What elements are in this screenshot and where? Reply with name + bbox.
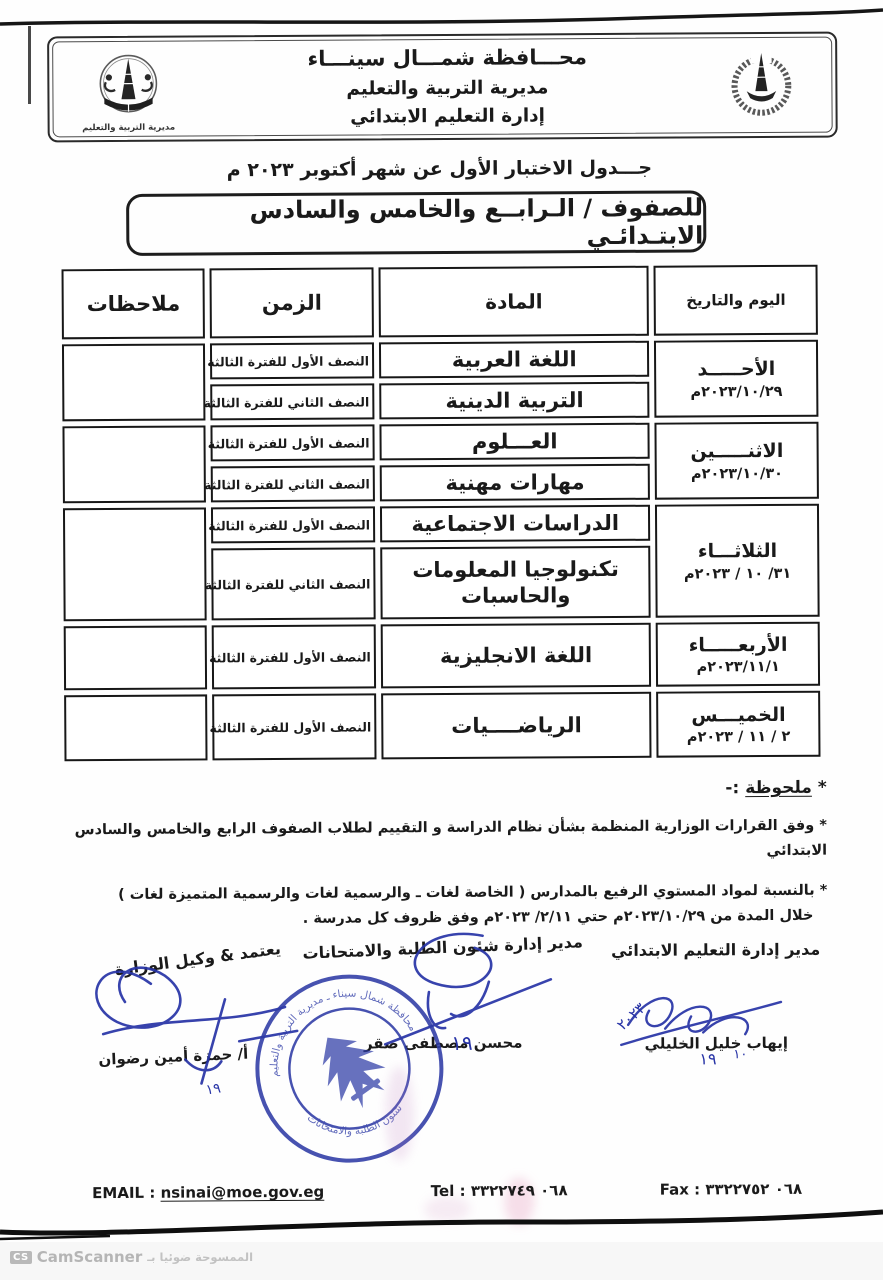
- time-cell: النصف الأول للفترة الثالثة: [211, 424, 375, 461]
- note-marker: *: [818, 778, 827, 798]
- tel-label: Tel :: [431, 1182, 466, 1200]
- subject-cell: تكنولوجيا المعلومات والحاسبات: [380, 546, 651, 620]
- scanned-document: مديرية التربية والتعليم محـــافظة شمـــا…: [0, 0, 883, 1280]
- signatory-name-right: إيهاب خليل الخليلي: [606, 1034, 826, 1053]
- contact-footer: EMAIL : nsinai@moe.gov.eg Tel : ٠٦٨ ٣٣٢٢…: [64, 1180, 830, 1203]
- signatory-title-primary-education-director: مدير إدارة التعليم الابتدائي: [596, 940, 836, 960]
- day-date: ٢٠٢٣/١١/١م: [661, 659, 815, 676]
- notes-cell-tuesday: [63, 507, 207, 621]
- handwritten-number: ١٩: [205, 1080, 222, 1098]
- notes-cell-monday: [62, 425, 206, 503]
- governorate-logo-icon: [722, 46, 800, 124]
- header-notes: ملاحظات: [62, 268, 206, 339]
- directorate-logo-caption: مديرية التربية والتعليم: [82, 123, 175, 134]
- day-name: الأحـــــد: [660, 357, 814, 383]
- administration-name: إدارة التعليم الابتدائي: [204, 102, 692, 134]
- email-line: EMAIL : nsinai@moe.gov.eg: [64, 1182, 391, 1202]
- directorate-logo-icon: [85, 51, 171, 126]
- note-heading-word: ملحوظة: [745, 778, 812, 798]
- svg-text:شئون الطلبة والامتحانات: شئون الطلبة والامتحانات: [303, 1085, 409, 1152]
- tel-number: ٠٦٨ ٣٣٢٢٧٤٩: [471, 1181, 568, 1200]
- subject-cell: مهارات مهنية: [380, 464, 651, 502]
- day-date: ٣١/ ١٠ / ٢٠٢٣م: [661, 566, 815, 583]
- row-wednesday: الأربعـــــاء ٢٠٢٣/١١/١م اللغة الانجليزي…: [64, 622, 820, 691]
- day-cell-sunday: الأحـــــد ٢٠٢٣/١٠/٢٩م: [654, 340, 818, 418]
- notes-cell-thursday: [64, 694, 208, 761]
- day-cell-thursday: الخميـــس ٢ / ١١ / ٢٠٢٣م: [657, 691, 821, 758]
- ink-smudge: [385, 1066, 414, 1161]
- day-name: الثلاثـــاء: [661, 539, 815, 565]
- time-cell: النصف الأول للفترة الثالثة: [213, 693, 377, 760]
- tel-line: Tel : ٠٦٨ ٣٣٢٢٧٤٩: [391, 1181, 660, 1201]
- camscanner-watermark: CS CamScanner الممسوحة ضوئيا بـ: [10, 1248, 253, 1266]
- header-day-date: اليوم والتاريخ: [654, 265, 818, 336]
- exam-schedule-table: اليوم والتاريخ المادة الزمن ملاحظات الأح…: [56, 260, 825, 767]
- signatory-title-undersecretary: يعتمد & وكيل الوزارة: [92, 936, 303, 982]
- notes-section: * ملحوظة :- * وفق القرارات الوزارية المن…: [67, 778, 828, 933]
- day-date: ٢٠٢٣/١٠/٢٩م: [660, 384, 814, 401]
- grades-banner: للصفوف / الـرابــع والخامس والسادس الابت…: [126, 190, 706, 256]
- header-time: الزمن: [210, 267, 374, 338]
- signature-right-icon: ٢٠٢٣ ١٩ ١٠: [603, 966, 814, 1077]
- subject-cell: الرياضــــيات: [381, 692, 652, 760]
- governorate-name: محـــافظة شمـــال سينـــاء: [203, 41, 691, 77]
- day-date: ٢ / ١١ / ٢٠٢٣م: [662, 729, 816, 746]
- signatory-name-left: أ/ حمزة أمين رضوان: [63, 1043, 284, 1070]
- signatory-name-middle: محسن مصطفى صقر: [333, 1033, 553, 1052]
- note-item-1-text: وفق القرارات الوزارية المنظمة بشأن نظام …: [75, 818, 828, 859]
- table-header-row: اليوم والتاريخ المادة الزمن ملاحظات: [62, 265, 818, 340]
- subject-cell: اللغة الانجليزية: [381, 623, 652, 689]
- day-name: الأربعـــــاء: [661, 632, 815, 658]
- row-tuesday-1: الثلاثـــاء ٣١/ ١٠ / ٢٠٢٣م الدراسات الاج…: [63, 504, 819, 545]
- time-cell: النصف الثاني للفترة الثالثة: [212, 547, 376, 620]
- notes-cell-sunday: [62, 343, 206, 421]
- subject-cell: اللغة العربية: [379, 341, 650, 379]
- schedule-title: جـــدول الاختبار الأول عن شهر أكتوبر ٢٠٢…: [0, 155, 881, 182]
- row-thursday: الخميـــس ٢ / ١١ / ٢٠٢٣م الرياضــــيات ا…: [64, 691, 820, 762]
- row-monday-1: الاثنـــــين ٢٠٢٣/١٠/٣٠م العـــلوم النصف…: [62, 422, 818, 463]
- fax-label: Fax :: [660, 1180, 700, 1198]
- camscanner-badge-icon: CS: [10, 1251, 32, 1264]
- day-name: الاثنـــــين: [660, 439, 814, 465]
- note-item-2-line-1: بالنسبة لمواد المستوي الرفيع بالمدارس ( …: [118, 883, 815, 903]
- subject-cell: العـــلوم: [379, 423, 650, 461]
- camscanner-brand: CamScanner: [37, 1248, 143, 1266]
- day-date: ٢٠٢٣/١٠/٣٠م: [660, 466, 814, 483]
- note-item-1: * وفق القرارات الوزارية المنظمة بشأن نظا…: [67, 814, 827, 868]
- directorate-logo-block: مديرية التربية والتعليم: [53, 50, 203, 133]
- letterhead-inner-frame: مديرية التربية والتعليم محـــافظة شمـــا…: [52, 37, 833, 138]
- document-content: مديرية التربية والتعليم محـــافظة شمـــا…: [0, 0, 883, 1280]
- stamp-text-bottom: شئون الطلبة والامتحانات: [303, 1085, 409, 1152]
- letterhead-box: مديرية التربية والتعليم محـــافظة شمـــا…: [47, 32, 838, 143]
- note-heading: * ملحوظة :-: [67, 778, 827, 803]
- note-heading-suffix: :-: [725, 778, 739, 798]
- header-subject: المادة: [378, 266, 649, 338]
- governorate-logo-block: [691, 46, 831, 125]
- note-marker: *: [820, 883, 828, 899]
- letterhead-text: محـــافظة شمـــال سينـــاء مديرية التربي…: [203, 41, 692, 134]
- time-cell: النصف الأول للفترة الثالثة: [211, 506, 375, 543]
- row-sunday-1: الأحـــــد ٢٠٢٣/١٠/٢٩م اللغة العربية الن…: [62, 340, 818, 381]
- subject-cell: التربية الدينية: [379, 382, 650, 420]
- signatory-title-student-affairs-director: مدير إدارة شئون الطلبة والامتحانات: [292, 932, 593, 963]
- fax-number: ٠٦٨ ٣٣٢٢٧٥٢: [705, 1180, 802, 1199]
- note-marker: *: [819, 818, 827, 834]
- time-cell: النصف الأول للفترة الثالثة: [210, 342, 374, 379]
- camscanner-label-arabic: الممسوحة ضوئيا بـ: [147, 1250, 253, 1264]
- day-cell-monday: الاثنـــــين ٢٠٢٣/١٠/٣٠م: [655, 422, 819, 500]
- day-name: الخميـــس: [662, 702, 816, 728]
- svg-text:محافظة شمال سيناء ـ مديرية الت: محافظة شمال سيناء ـ مديرية التربية والتع…: [249, 968, 421, 1080]
- time-cell: النصف الثاني للفترة الثالثة: [211, 383, 375, 420]
- note-item-2-line-2: خلال المدة من ٢٠٢٣/١٠/٢٩م حتي ٢/١١/ ٢٠٢٣…: [67, 904, 827, 933]
- email-label: EMAIL :: [92, 1184, 155, 1202]
- time-cell: النصف الأول للفترة الثالثة: [212, 624, 376, 689]
- directorate-name: مديرية التربية والتعليم: [203, 73, 691, 105]
- day-cell-tuesday: الثلاثـــاء ٣١/ ١٠ / ٢٠٢٣م: [655, 504, 819, 618]
- notes-cell-wednesday: [64, 625, 208, 690]
- subject-cell: الدراسات الاجتماعية: [380, 505, 651, 543]
- fax-line: Fax : ٠٦٨ ٣٣٢٢٧٥٢: [660, 1180, 831, 1199]
- stamp-text-top: محافظة شمال سيناء ـ مديرية التربية والتع…: [249, 968, 421, 1080]
- handwritten-year: ٢٠٢٣: [613, 999, 649, 1034]
- time-cell: النصف الثاني للفترة الثالثة: [211, 465, 375, 502]
- note-item-2: * بالنسبة لمواد المستوي الرفيع بالمدارس …: [67, 879, 827, 933]
- email-address: nsinai@moe.gov.eg: [160, 1183, 324, 1202]
- official-stamp-icon: محافظة شمال سيناء ـ مديرية التربية والتع…: [224, 943, 475, 1194]
- day-cell-wednesday: الأربعـــــاء ٢٠٢٣/١١/١م: [656, 622, 820, 687]
